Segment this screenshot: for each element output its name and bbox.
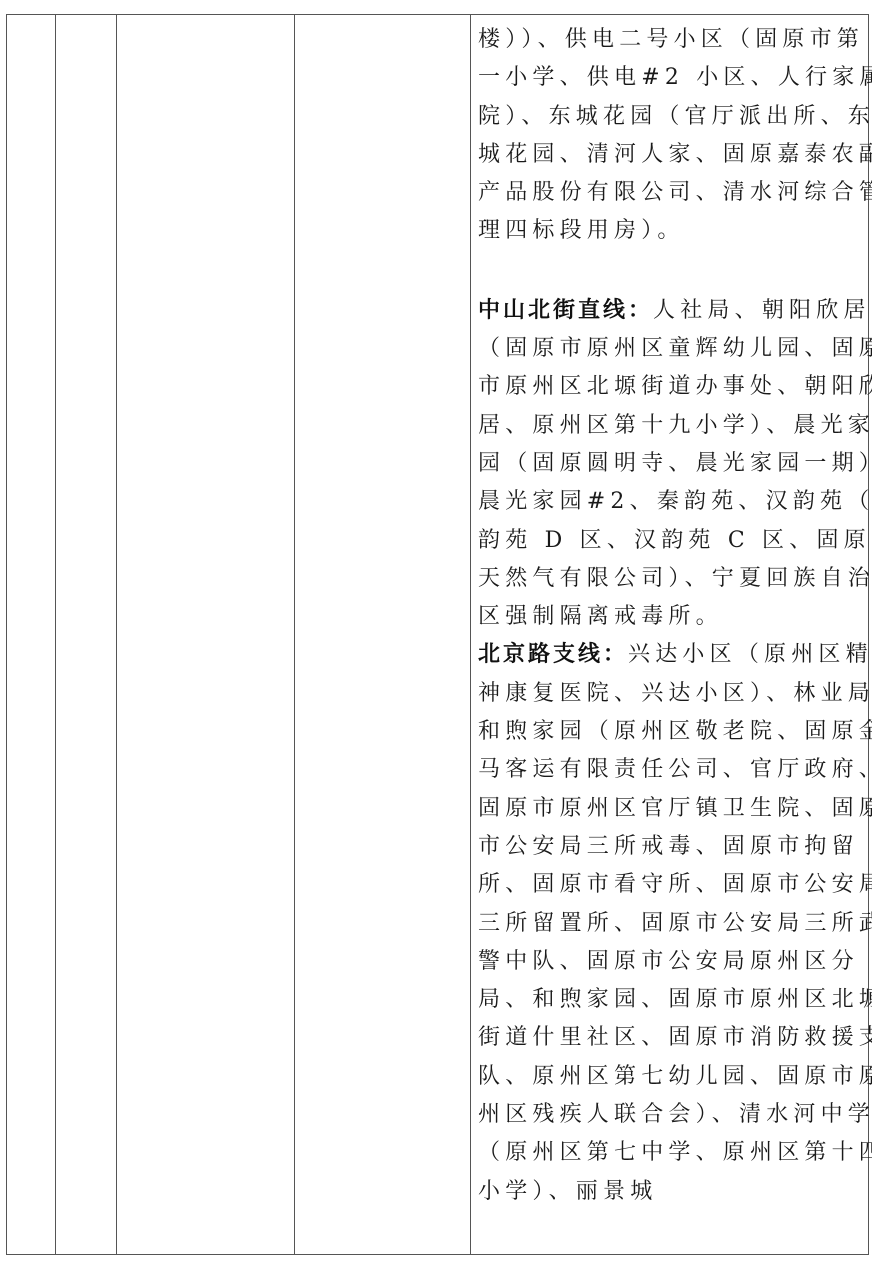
text-line: 院）、东城花园（官厅派出所、东 — [478, 98, 868, 136]
document-table: 楼））、供电二号小区（固原市第 一小学、供电#2 小区、人行家属 院）、东城花园… — [6, 14, 869, 1255]
text-line: 和煦家园（原州区敬老院、固原金 — [478, 713, 868, 751]
table-cell-col-1 — [7, 15, 55, 1254]
text-line: 居、原州区第十九小学）、晨光家 — [478, 407, 868, 445]
text-line: 晨光家园#2、秦韵苑、汉韵苑（汉 — [478, 483, 868, 521]
text-line: 韵苑 D 区、汉韵苑 C 区、固原国力 — [478, 522, 868, 560]
text-line: 小学）、丽景城 — [478, 1173, 868, 1211]
route-heading-zhongshan: 中山北街直线： — [478, 298, 653, 323]
text-line: 所、固原市看守所、固原市公安局 — [478, 866, 868, 904]
text-line: 北京路支线：兴达小区（原州区精 — [478, 636, 868, 674]
text-line: 警中队、固原市公安局原州区分 — [478, 943, 868, 981]
table-cell-col-3 — [117, 15, 294, 1254]
text-line: 城花园、清河人家、固原嘉泰农副 — [478, 136, 868, 174]
text-line: 马客运有限责任公司、官厅政府、 — [478, 751, 868, 789]
text-line: 楼））、供电二号小区（固原市第 — [478, 21, 868, 59]
text-line: （固原市原州区童辉幼儿园、固原 — [478, 330, 868, 368]
text-line: 一小学、供电#2 小区、人行家属 — [478, 59, 868, 97]
text-line: 固原市原州区官厅镇卫生院、固原 — [478, 790, 868, 828]
blank-line — [478, 251, 868, 292]
text-line: 街道什里社区、固原市消防救援支 — [478, 1019, 868, 1057]
route-first-line-text: 兴达小区（原州区精 — [628, 642, 872, 667]
text-line: 局、和煦家园、固原市原州区北塬 — [478, 981, 868, 1019]
text-line: 市公安局三所戒毒、固原市拘留 — [478, 828, 868, 866]
text-line: 理四标段用房）。 — [478, 212, 868, 250]
text-line: 区强制隔离戒毒所。 — [478, 598, 868, 636]
text-line: 州区残疾人联合会）、清水河中学 — [478, 1096, 868, 1134]
table-cell-col-4 — [295, 15, 470, 1254]
text-line: 市原州区北塬街道办事处、朝阳欣 — [478, 368, 868, 406]
route-heading-beijing: 北京路支线： — [478, 642, 628, 667]
stations-list-cell: 楼））、供电二号小区（固原市第 一小学、供电#2 小区、人行家属 院）、东城花园… — [478, 21, 868, 1211]
text-line: 产品股份有限公司、清水河综合管 — [478, 174, 868, 212]
beijing-road-branch-block: 北京路支线：兴达小区（原州区精 神康复医院、兴达小区）、林业局、 和煦家园（原州… — [478, 636, 868, 1210]
table-cell-col-2 — [56, 15, 117, 1254]
continuation-block: 楼））、供电二号小区（固原市第 一小学、供电#2 小区、人行家属 院）、东城花园… — [478, 21, 868, 251]
text-line: （原州区第七中学、原州区第十四 — [478, 1134, 868, 1172]
route-first-line-text: 人社局、朝阳欣居 — [653, 298, 871, 323]
text-line: 天然气有限公司）、宁夏回族自治 — [478, 560, 868, 598]
text-line: 神康复医院、兴达小区）、林业局、 — [478, 675, 868, 713]
zhongshan-north-street-line-block: 中山北街直线：人社局、朝阳欣居 （固原市原州区童辉幼儿园、固原 市原州区北塬街道… — [478, 292, 868, 637]
column-divider — [470, 15, 471, 1254]
text-line: 中山北街直线：人社局、朝阳欣居 — [478, 292, 868, 330]
text-line: 三所留置所、固原市公安局三所武 — [478, 905, 868, 943]
text-line: 园（固原圆明寺、晨光家园一期）、 — [478, 445, 868, 483]
text-line: 队、原州区第七幼儿园、固原市原 — [478, 1058, 868, 1096]
